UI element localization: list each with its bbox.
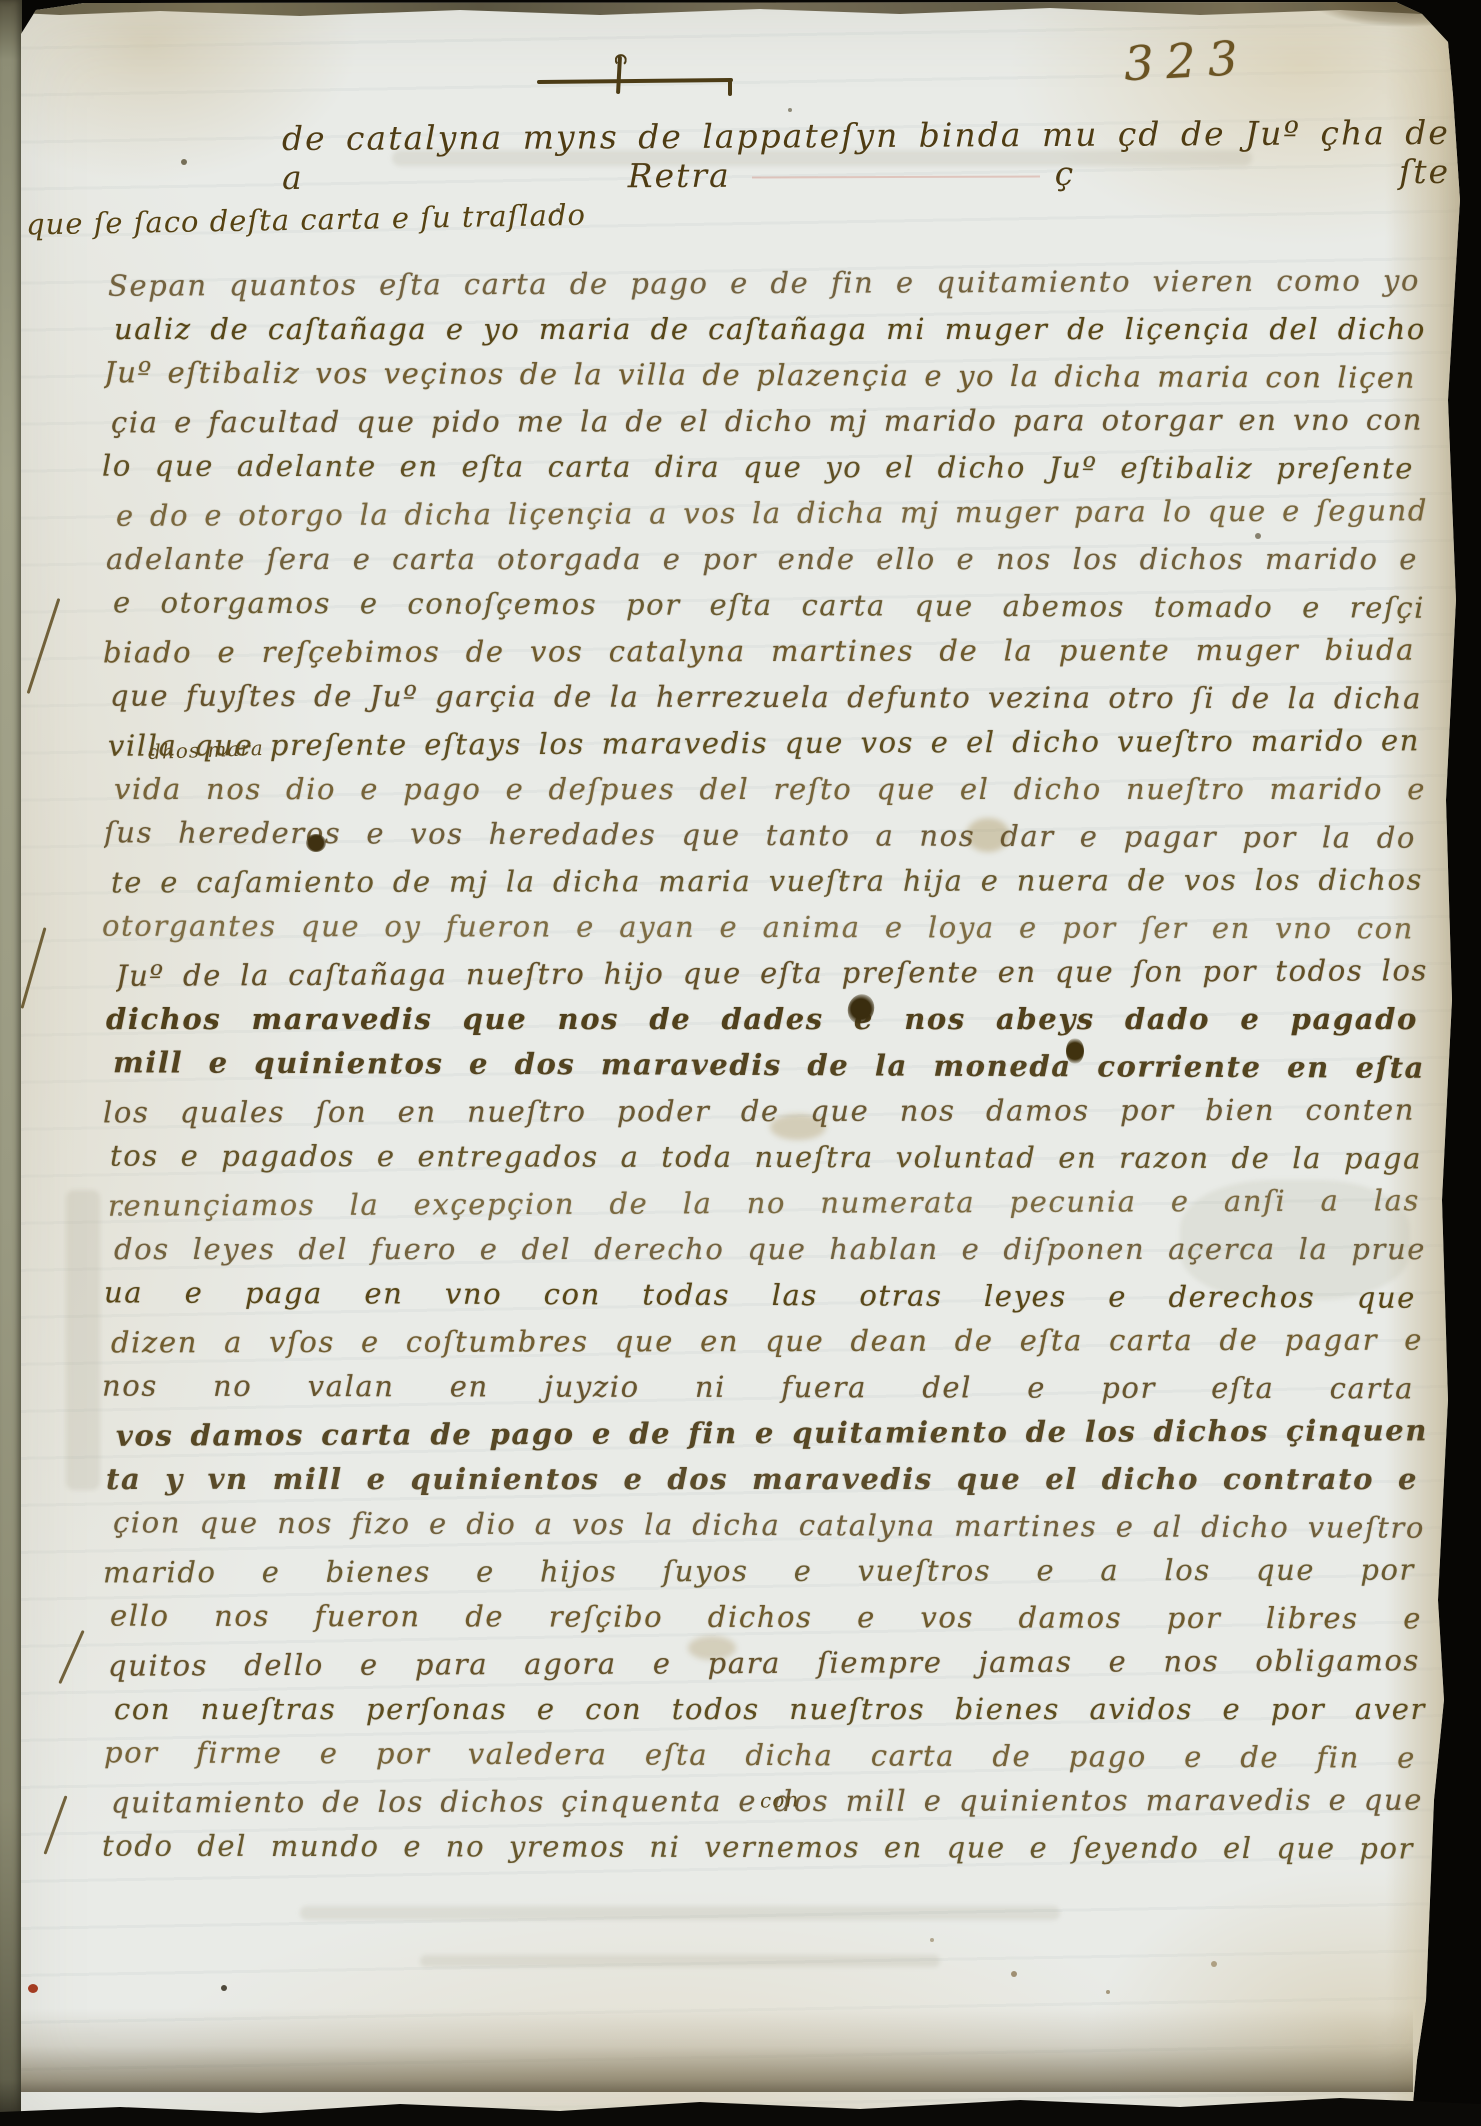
manuscript-text-line: mill e quinientos e dos maravedis de la …	[113, 1039, 1425, 1090]
manuscript-text-line: e do e otorgo la dicha liçençia a vos la…	[116, 487, 1428, 538]
page-top-edge-stain	[0, 0, 1462, 20]
ink-bleedthrough	[66, 1190, 100, 1490]
book-gutter-edge	[0, 0, 22, 2126]
marginal-slash-mark	[58, 1630, 84, 1684]
manuscript-page: 323 de catalyna myns de lappateſyn binda…	[0, 0, 1481, 2126]
ink-bleedthrough	[300, 1906, 1060, 1920]
ink-blot	[1066, 1038, 1084, 1064]
manuscript-text-line: Sepan quantos eſta carta de pago e de fi…	[108, 257, 1420, 308]
manuscript-text-line: te e caſamiento de mj la dicha maria vue…	[111, 857, 1423, 906]
manuscript-text-line: renunçiamos la exçepçion de la no numera…	[108, 1177, 1420, 1228]
manuscript-text-line: Juº de la caſtañaga nueſtro hijo que eſt…	[116, 947, 1428, 998]
marginal-slash-mark	[20, 927, 46, 1009]
manuscript-text-line: ta y vn mill e quinientos e dos maravedi…	[106, 1456, 1418, 1502]
manuscript-text-line: ua e paga en vno con todas las otras ley…	[104, 1269, 1416, 1320]
manuscript-text-line: biado e reſçebimos de vos catalyna marti…	[103, 627, 1415, 676]
red-stain-spot	[28, 1984, 38, 1993]
document-heading: de catalyna myns de lappateſyn binda mu …	[282, 113, 1450, 197]
page-bottom-edge-stain	[21, 2008, 1413, 2092]
manuscript-text-line: lo que adelante en eſta carta dira que y…	[102, 443, 1414, 492]
interlinear-insertion: con	[760, 1787, 800, 1812]
manuscript-text-line: vida nos dio e pago e deſpues del reſto …	[114, 766, 1426, 812]
margin-note: que ſe ſaco deſta carta e ſu traſlado	[26, 201, 427, 242]
manuscript-text-line: ello nos fueron de reſçibo dichos e vos …	[110, 1593, 1422, 1642]
manuscript-text-line: que fuyſtes de Juº garçia de la herrezue…	[110, 673, 1422, 722]
manuscript-text-line: e otorgamos e conoſçemos por eſta carta …	[113, 579, 1425, 630]
marginal-slash-mark	[43, 1795, 67, 1854]
manuscript-text-line: otorgantes que oy fueron e ayan e anima …	[102, 903, 1414, 952]
manuscript-text-line: con nueſtras perſonas e con todos nueſtr…	[114, 1686, 1426, 1732]
manuscript-text-line: marido e bienes e hijos ſuyos e vueſtros…	[103, 1547, 1415, 1596]
manuscript-text-line: nos no valan en juyzio ni fuera del e po…	[102, 1363, 1414, 1412]
manuscript-text-line: dos leyes del fuero e del derecho que ha…	[114, 1226, 1426, 1272]
document-body: Sepan quantos eſta carta de pago e de fi…	[108, 260, 1420, 1870]
invocation-cross-mark	[728, 80, 732, 96]
ink-blot	[306, 834, 326, 852]
invocation-cross-mark	[616, 56, 622, 94]
manuscript-text-line: vos damos carta de pago e de fin e quita…	[116, 1407, 1428, 1458]
invocation-cross-mark	[537, 78, 733, 84]
manuscript-text-line: adelante ſera e carta otorgada e por end…	[106, 536, 1418, 582]
manuscript-text-line: Juº eſtibaliz vos veçinos de la villa de…	[104, 349, 1416, 400]
manuscript-text-line: ſus herederos e vos heredades que tanto …	[104, 809, 1416, 860]
manuscript-text-line: dizen a vſos e coſtumbres que en que dea…	[111, 1317, 1423, 1366]
page-top-edge-stain	[1310, 0, 1470, 52]
manuscript-text-line: çion que nos fizo e dio a vos la dicha c…	[113, 1499, 1425, 1550]
manuscript-text-line: quitos dello e para agora e para ſiempre…	[108, 1637, 1420, 1688]
folio-number: 323	[1123, 31, 1251, 93]
manuscript-scan: 323 de catalyna myns de lappateſyn binda…	[0, 0, 1481, 2126]
ink-bleedthrough	[420, 1955, 940, 1967]
manuscript-text-line: villa que preſente eſtays los maravedis …	[108, 717, 1420, 768]
marginal-slash-mark	[27, 598, 61, 694]
manuscript-text-line: por firme e por valedera eſta dicha cart…	[104, 1729, 1416, 1780]
manuscript-text-line: dichos maravedis que nos de dades e nos …	[106, 996, 1418, 1042]
manuscript-text-line: çia e facultad que pido me la de el dich…	[111, 397, 1423, 446]
manuscript-text-line: ualiz de caſtañaga e yo maria de caſtaña…	[114, 306, 1426, 352]
manuscript-text-line: todo del mundo e no yremos ni vernemos e…	[102, 1823, 1414, 1872]
manuscript-text-line: tos e pagados e entregados a toda nueſtr…	[110, 1133, 1422, 1182]
manuscript-text-line: los quales ſon en nueſtro poder de que n…	[103, 1087, 1415, 1136]
interlinear-insertion: dhos mara	[148, 736, 264, 764]
